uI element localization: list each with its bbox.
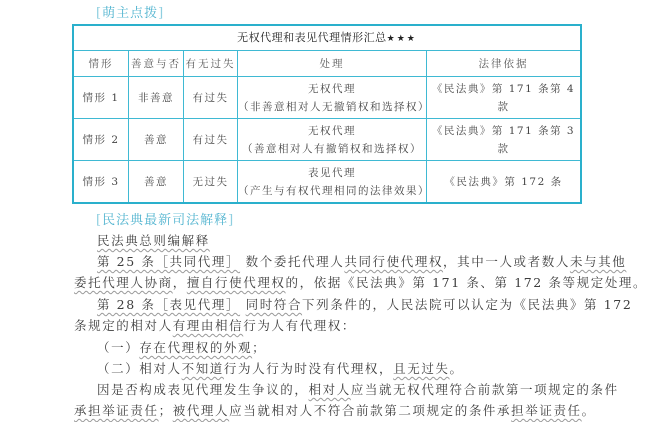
header-handling: 处理 bbox=[238, 51, 427, 77]
cell-good-faith: 非善意 bbox=[129, 77, 184, 119]
table-title: 无权代理和表见代理情形汇总★★★ bbox=[73, 25, 581, 51]
art25-line-2: 委托代理人协商，擅自行使代理权的，依据《民法典》第 171 条、第 172 条等… bbox=[74, 272, 594, 293]
text-span: 的，依据《民法典》第 171 条、第 172 条等规定处理。 bbox=[286, 275, 648, 290]
text-span: ； bbox=[252, 340, 266, 355]
handling-main: 表见代理 bbox=[238, 164, 426, 182]
art25-line-1: 第 25 条［共同代理］ 数个委托代理人共同行使代理权，其中一人或者数人未与其他 bbox=[74, 251, 617, 272]
section-tag-interpretation-label: 民法典最新司法解释 bbox=[102, 213, 228, 228]
bracket-right: ] bbox=[228, 213, 234, 228]
section-tag-tips: [萌主点拨] bbox=[96, 2, 164, 21]
cell-case: 情形 2 bbox=[73, 119, 129, 161]
cell-legal-basis: 《民法典》第 171 条第 3 款 bbox=[427, 119, 582, 161]
emphasis-span: 存在代理权的外观 bbox=[139, 340, 252, 355]
item-marker: （二）相对人 bbox=[97, 361, 182, 376]
table-row: 情形 3 善意 无过失 表见代理 （产生与有权代理相同的法律效果） 《民法典》第… bbox=[73, 161, 581, 204]
text-span: 。 bbox=[450, 361, 464, 376]
emphasis-span: 共同行使代理权 bbox=[344, 254, 443, 269]
emphasis-span: 同时符合 bbox=[246, 297, 302, 312]
text-span: ， bbox=[173, 275, 187, 290]
cell-fault: 有过失 bbox=[184, 119, 238, 161]
cell-good-faith: 善意 bbox=[129, 161, 184, 204]
bracket-right: ] bbox=[158, 6, 164, 21]
emphasis-span: 被代理人 bbox=[173, 403, 229, 418]
handling-note: （产生与有权代理相同的法律效果） bbox=[238, 182, 426, 200]
text-span: 行为人有代理权： bbox=[243, 318, 356, 333]
handling-main: 无权代理 bbox=[238, 122, 426, 140]
table-header-row: 情形 善意与否 有无过失 处理 法律依据 bbox=[73, 51, 581, 77]
article-28-label: 第 28 条［表见代理］ bbox=[97, 297, 240, 312]
text-span: 因是否构成表见代理发生争议的， bbox=[97, 382, 309, 397]
handling-main: 无权代理 bbox=[238, 80, 426, 98]
emphasis-span: 担举证责任 bbox=[511, 403, 582, 418]
interpretation-subtitle: 民法典总则编解释 bbox=[74, 230, 617, 251]
table-title-text: 无权代理和表见代理情形汇总 bbox=[237, 31, 387, 44]
summary-table: 无权代理和表见代理情形汇总★★★ 情形 善意与否 有无过失 处理 法律依据 情形… bbox=[72, 24, 582, 204]
header-good-faith: 善意与否 bbox=[129, 51, 184, 77]
text-span: 。 bbox=[582, 403, 596, 418]
emphasis-span: 且无过失 bbox=[393, 361, 449, 376]
table-row: 情形 2 善意 有过失 无权代理 （善意相对人有撤销权和选择权） 《民法典》第 … bbox=[73, 119, 581, 161]
handling-note: （非善意相对人无撤销权和选择权） bbox=[238, 98, 426, 116]
art28-line-2: 条规定的相对人有理由相信行为人有代理权： bbox=[74, 315, 594, 336]
emphasis-span: 委托代理人协商 bbox=[74, 275, 173, 290]
cell-legal-basis: 《民法典》第 172 条 bbox=[427, 161, 582, 204]
emphasis-span: 相对人 bbox=[309, 382, 351, 397]
cell-legal-basis: 《民法典》第 171 条第 4 款 bbox=[427, 77, 582, 119]
emphasis-span: 有理由相信 bbox=[173, 318, 244, 333]
cell-fault: 无过失 bbox=[184, 161, 238, 204]
subtitle-text: 民法典总则编解释 bbox=[97, 233, 210, 248]
art28-para3-line-1: 因是否构成表见代理发生争议的，相对人应当就无权代理符合前款第一项规定的条件 bbox=[74, 379, 617, 400]
cell-fault: 有过失 bbox=[184, 77, 238, 119]
article-25-label: 第 25 条［共同代理］ bbox=[97, 254, 240, 269]
emphasis-span: 未与其他 bbox=[570, 254, 626, 269]
table-title-row: 无权代理和表见代理情形汇总★★★ bbox=[73, 25, 581, 51]
text-span: 数个委托代理人 bbox=[246, 254, 345, 269]
emphasis-span: 擅自行使代理权 bbox=[187, 275, 286, 290]
text-span: 应当就无权代理符合前款第一项规定的条件 bbox=[351, 382, 619, 397]
cell-good-faith: 善意 bbox=[129, 119, 184, 161]
cell-handling: 表见代理 （产生与有权代理相同的法律效果） bbox=[238, 161, 427, 204]
header-legal-basis: 法律依据 bbox=[427, 51, 582, 77]
art28-para3-line-2: 承担举证责任；被代理人应当就相对人不符合前款第二项规定的条件承担举证责任。 bbox=[74, 400, 594, 421]
emphasis-span: 承担举证责任 bbox=[74, 403, 159, 418]
text-span: 条规定的相对人 bbox=[74, 318, 173, 333]
section-tag-tips-label: 萌主点拨 bbox=[102, 6, 158, 21]
text-span: 下列条件的，人民法院可以认定为《民法典》第 172 bbox=[302, 297, 632, 312]
art28-line-1: 第 28 条［表见代理］ 同时符合下列条件的，人民法院可以认定为《民法典》第 1… bbox=[74, 294, 617, 315]
text-span: 行为人行为时没有代理权， bbox=[224, 361, 393, 376]
art28-item-2: （二）相对人不知道行为人行为时没有代理权，且无过失。 bbox=[74, 358, 617, 379]
section-tag-interpretation: [民法典最新司法解释] bbox=[96, 209, 234, 228]
table-row: 情形 1 非善意 有过失 无权代理 （非善意相对人无撤销权和选择权） 《民法典》… bbox=[73, 77, 581, 119]
cell-handling: 无权代理 （非善意相对人无撤销权和选择权） bbox=[238, 77, 427, 119]
header-case: 情形 bbox=[73, 51, 129, 77]
handling-note: （善意相对人有撤销权和选择权） bbox=[238, 140, 426, 158]
cell-case: 情形 1 bbox=[73, 77, 129, 119]
text-span: ； bbox=[159, 403, 173, 418]
star-rating-icon: ★★★ bbox=[387, 34, 417, 44]
cell-case: 情形 3 bbox=[73, 161, 129, 204]
text-span: 应当就相对人不符合前款第二项规定的条件承 bbox=[229, 403, 511, 418]
header-fault: 有无过失 bbox=[184, 51, 238, 77]
text-span: ，其中一人或者数人 bbox=[443, 254, 570, 269]
item-marker: （一） bbox=[97, 340, 139, 355]
art28-item-1: （一）存在代理权的外观； bbox=[74, 337, 617, 358]
emphasis-span: 不知道 bbox=[182, 361, 224, 376]
cell-handling: 无权代理 （善意相对人有撤销权和选择权） bbox=[238, 119, 427, 161]
